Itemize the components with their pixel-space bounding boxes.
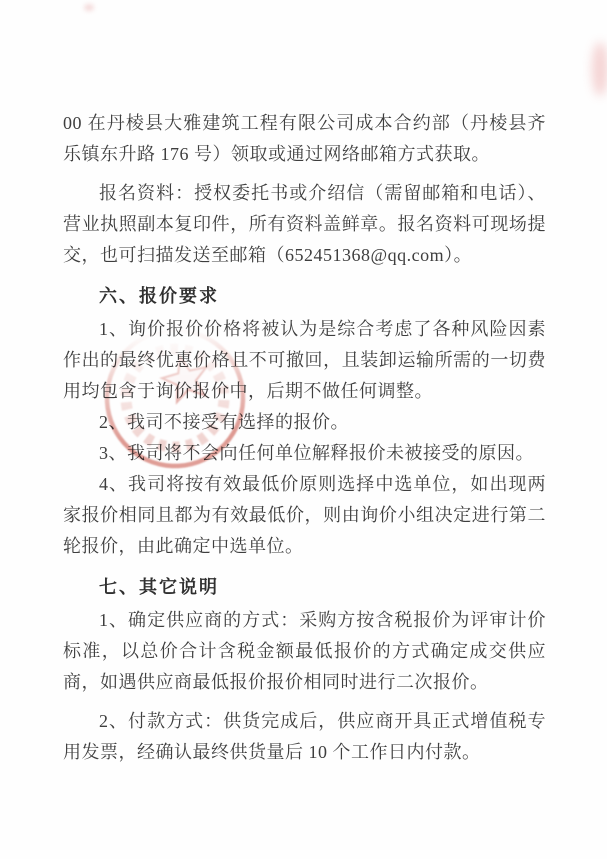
section-heading-seven: 七、其它说明 bbox=[63, 572, 546, 603]
section-heading-six: 六、报价要求 bbox=[63, 281, 546, 312]
red-ink-smudge-right-edge bbox=[592, 42, 607, 96]
paragraph-quote-rule-1: 1、询价报价价格将被认为是综合考虑了各种风险因素作出的最终优惠价格且不可撤回，且… bbox=[63, 314, 546, 407]
paragraph-quote-rule-2: 2、我司不接受有选择的报价。 bbox=[63, 407, 546, 438]
paragraph-other-note-1: 1、确定供应商的方式：采购方按含税报价为评审计价标准，以总价合计含税金额最低报价… bbox=[63, 605, 546, 698]
scanned-document-page: 00 在丹棱县大雅建筑工程有限公司成本合约部（丹棱县齐乐镇东升路 176 号）领… bbox=[0, 0, 607, 859]
document-body: 00 在丹棱县大雅建筑工程有限公司成本合约部（丹棱县齐乐镇东升路 176 号）领… bbox=[63, 108, 546, 776]
paragraph-registration-materials: 报名资料：授权委托书或介绍信（需留邮箱和电话）、营业执照副本复印件，所有资料盖鲜… bbox=[63, 178, 546, 271]
paragraph-other-note-2: 2、付款方式：供货完成后，供应商开具正式增值税专用发票，经确认最终供货量后 10… bbox=[63, 706, 546, 768]
paragraph-quote-rule-4: 4、我司将按有效最低价原则选择中选单位，如出现两家报价相同且都为有效最低价，则由… bbox=[63, 469, 546, 562]
paragraph-quote-rule-3: 3、我司将不会向任何单位解释报价未被接受的原因。 bbox=[63, 438, 546, 469]
red-ink-smudge-top bbox=[84, 4, 94, 11]
paragraph-pickup-location: 00 在丹棱县大雅建筑工程有限公司成本合约部（丹棱县齐乐镇东升路 176 号）领… bbox=[63, 108, 546, 170]
